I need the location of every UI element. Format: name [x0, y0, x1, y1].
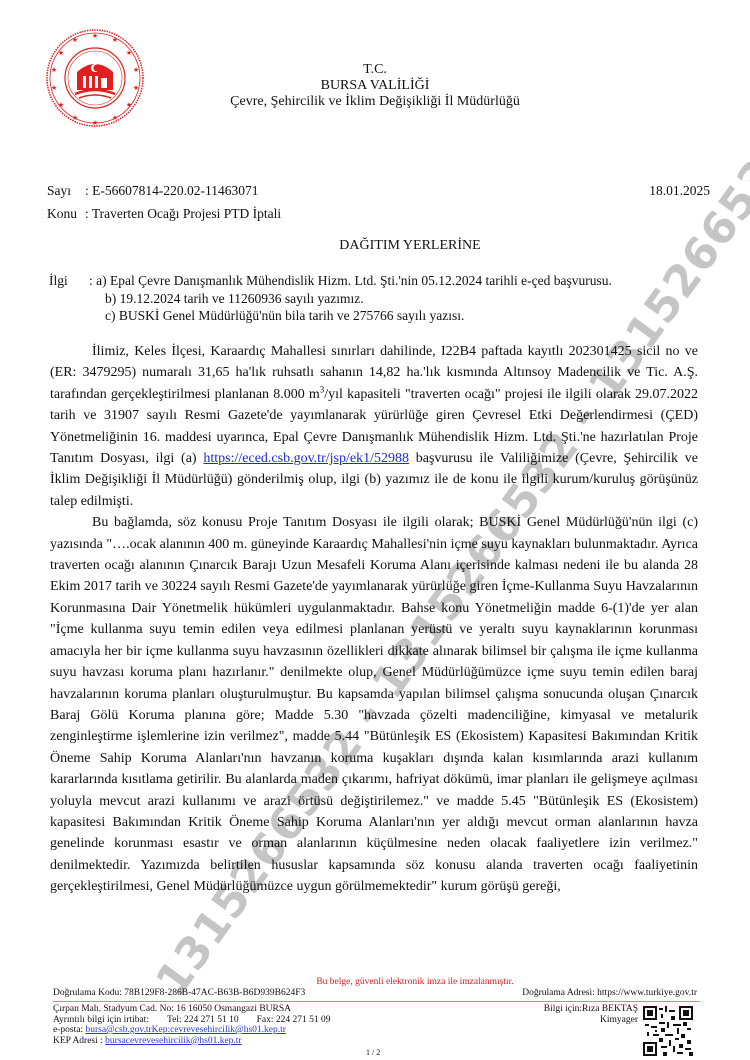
letter-body: İlimiz, Keles İlçesi, Karaardıç Mahalles…: [50, 341, 698, 898]
fax: Fax: 224 271 51 09: [257, 1015, 331, 1025]
distribution-heading: DAĞITIM YERLERİNE: [0, 238, 750, 254]
verification-code: Doğrulama Kodu: 78B129F8-286B-47AC-B63B-…: [53, 988, 305, 998]
contact-block: Çırpan Mah. Stadyum Cad. No: 16 16050 Os…: [53, 1004, 331, 1046]
kep-link[interactable]: bursacevrevesehircilik@hs01.kep.tr: [105, 1036, 241, 1046]
reference-item-b: b) 19.12.2024 tarih ve 11260936 sayılı y…: [95, 290, 612, 308]
phone: Tel: 224 271 51 10: [167, 1015, 239, 1025]
info-title: Kimyager: [544, 1015, 638, 1026]
letterhead: T.C. BURSA VALİLİĞİ Çevre, Şehircilik ve…: [0, 62, 750, 110]
konu-label: Konu: [47, 206, 85, 222]
header-governorship: BURSA VALİLİĞİ: [70, 78, 680, 94]
document-date: 18.01.2025: [649, 183, 710, 199]
email-link[interactable]: bursa@csb.gov.trKep:cevrevesehircilik@hs…: [85, 1025, 286, 1035]
verification-address: Doğrulama Adresi: https://www.turkiye.go…: [522, 988, 697, 998]
konu-row: Konu: Traverten Ocağı Projesi PTD İptali: [47, 206, 281, 222]
svg-text:★: ★: [112, 114, 118, 122]
email-row: e-posta: bursa@csb.gov.trKep:cevrevesehi…: [53, 1025, 331, 1036]
header-directorate: Çevre, Şehircilik ve İklim Değişikliği İ…: [70, 94, 680, 110]
svg-text:★: ★: [126, 49, 132, 57]
paragraph-2: Bu bağlamda, söz konusu Proje Tanıtım Do…: [50, 512, 698, 897]
svg-text:★: ★: [92, 32, 98, 40]
sayi-row: Sayı: E-56607814-220.02-11463071: [47, 183, 258, 199]
contact-phone-row: Ayrıntılı bilgi için irtibat:Tel: 224 27…: [53, 1015, 331, 1026]
kep-row: KEP Adresi : bursacevrevesehircilik@hs01…: [53, 1036, 331, 1047]
konu-value: : Traverten Ocağı Projesi PTD İptali: [85, 206, 281, 221]
address: Çırpan Mah. Stadyum Cad. No: 16 16050 Os…: [53, 1004, 331, 1015]
header-tc: T.C.: [70, 62, 680, 78]
sayi-label: Sayı: [47, 183, 85, 199]
svg-text:★: ★: [72, 114, 78, 122]
info-contact: Bilgi için:Rıza BEKTAŞ Kimyager: [544, 1004, 638, 1025]
svg-text:★: ★: [58, 49, 64, 57]
eced-link[interactable]: https://eced.csb.gov.tr/jsp/ek1/52988: [203, 451, 409, 466]
reference-block: İlgi : a) Epal Çevre Danışmanlık Mühendi…: [49, 272, 612, 325]
verification-row: Doğrulama Kodu: 78B129F8-286B-47AC-B63B-…: [53, 988, 700, 1002]
ilgi-label: İlgi: [49, 272, 89, 290]
reference-item-a: : a) Epal Çevre Danışmanlık Mühendislik …: [89, 272, 612, 290]
reference-item-c: c) BUSKİ Genel Müdürlüğü'nün bila tarih …: [95, 307, 612, 325]
document-page: 1315266532 - 1315266532 - 1315266532 - 1…: [0, 0, 750, 1060]
sayi-value: : E-56607814-220.02-11463071: [85, 183, 258, 198]
svg-text:★: ★: [72, 36, 78, 44]
info-person: Bilgi için:Rıza BEKTAŞ: [544, 1004, 638, 1015]
svg-text:★: ★: [92, 119, 98, 127]
e-signature-note: Bu belge, güvenli elektronik imza ile im…: [0, 977, 750, 987]
svg-text:★: ★: [112, 36, 118, 44]
page-number: 1 / 2: [366, 1048, 380, 1057]
paragraph-1: İlimiz, Keles İlçesi, Karaardıç Mahalles…: [50, 341, 698, 512]
qr-code-icon: [643, 1006, 693, 1056]
